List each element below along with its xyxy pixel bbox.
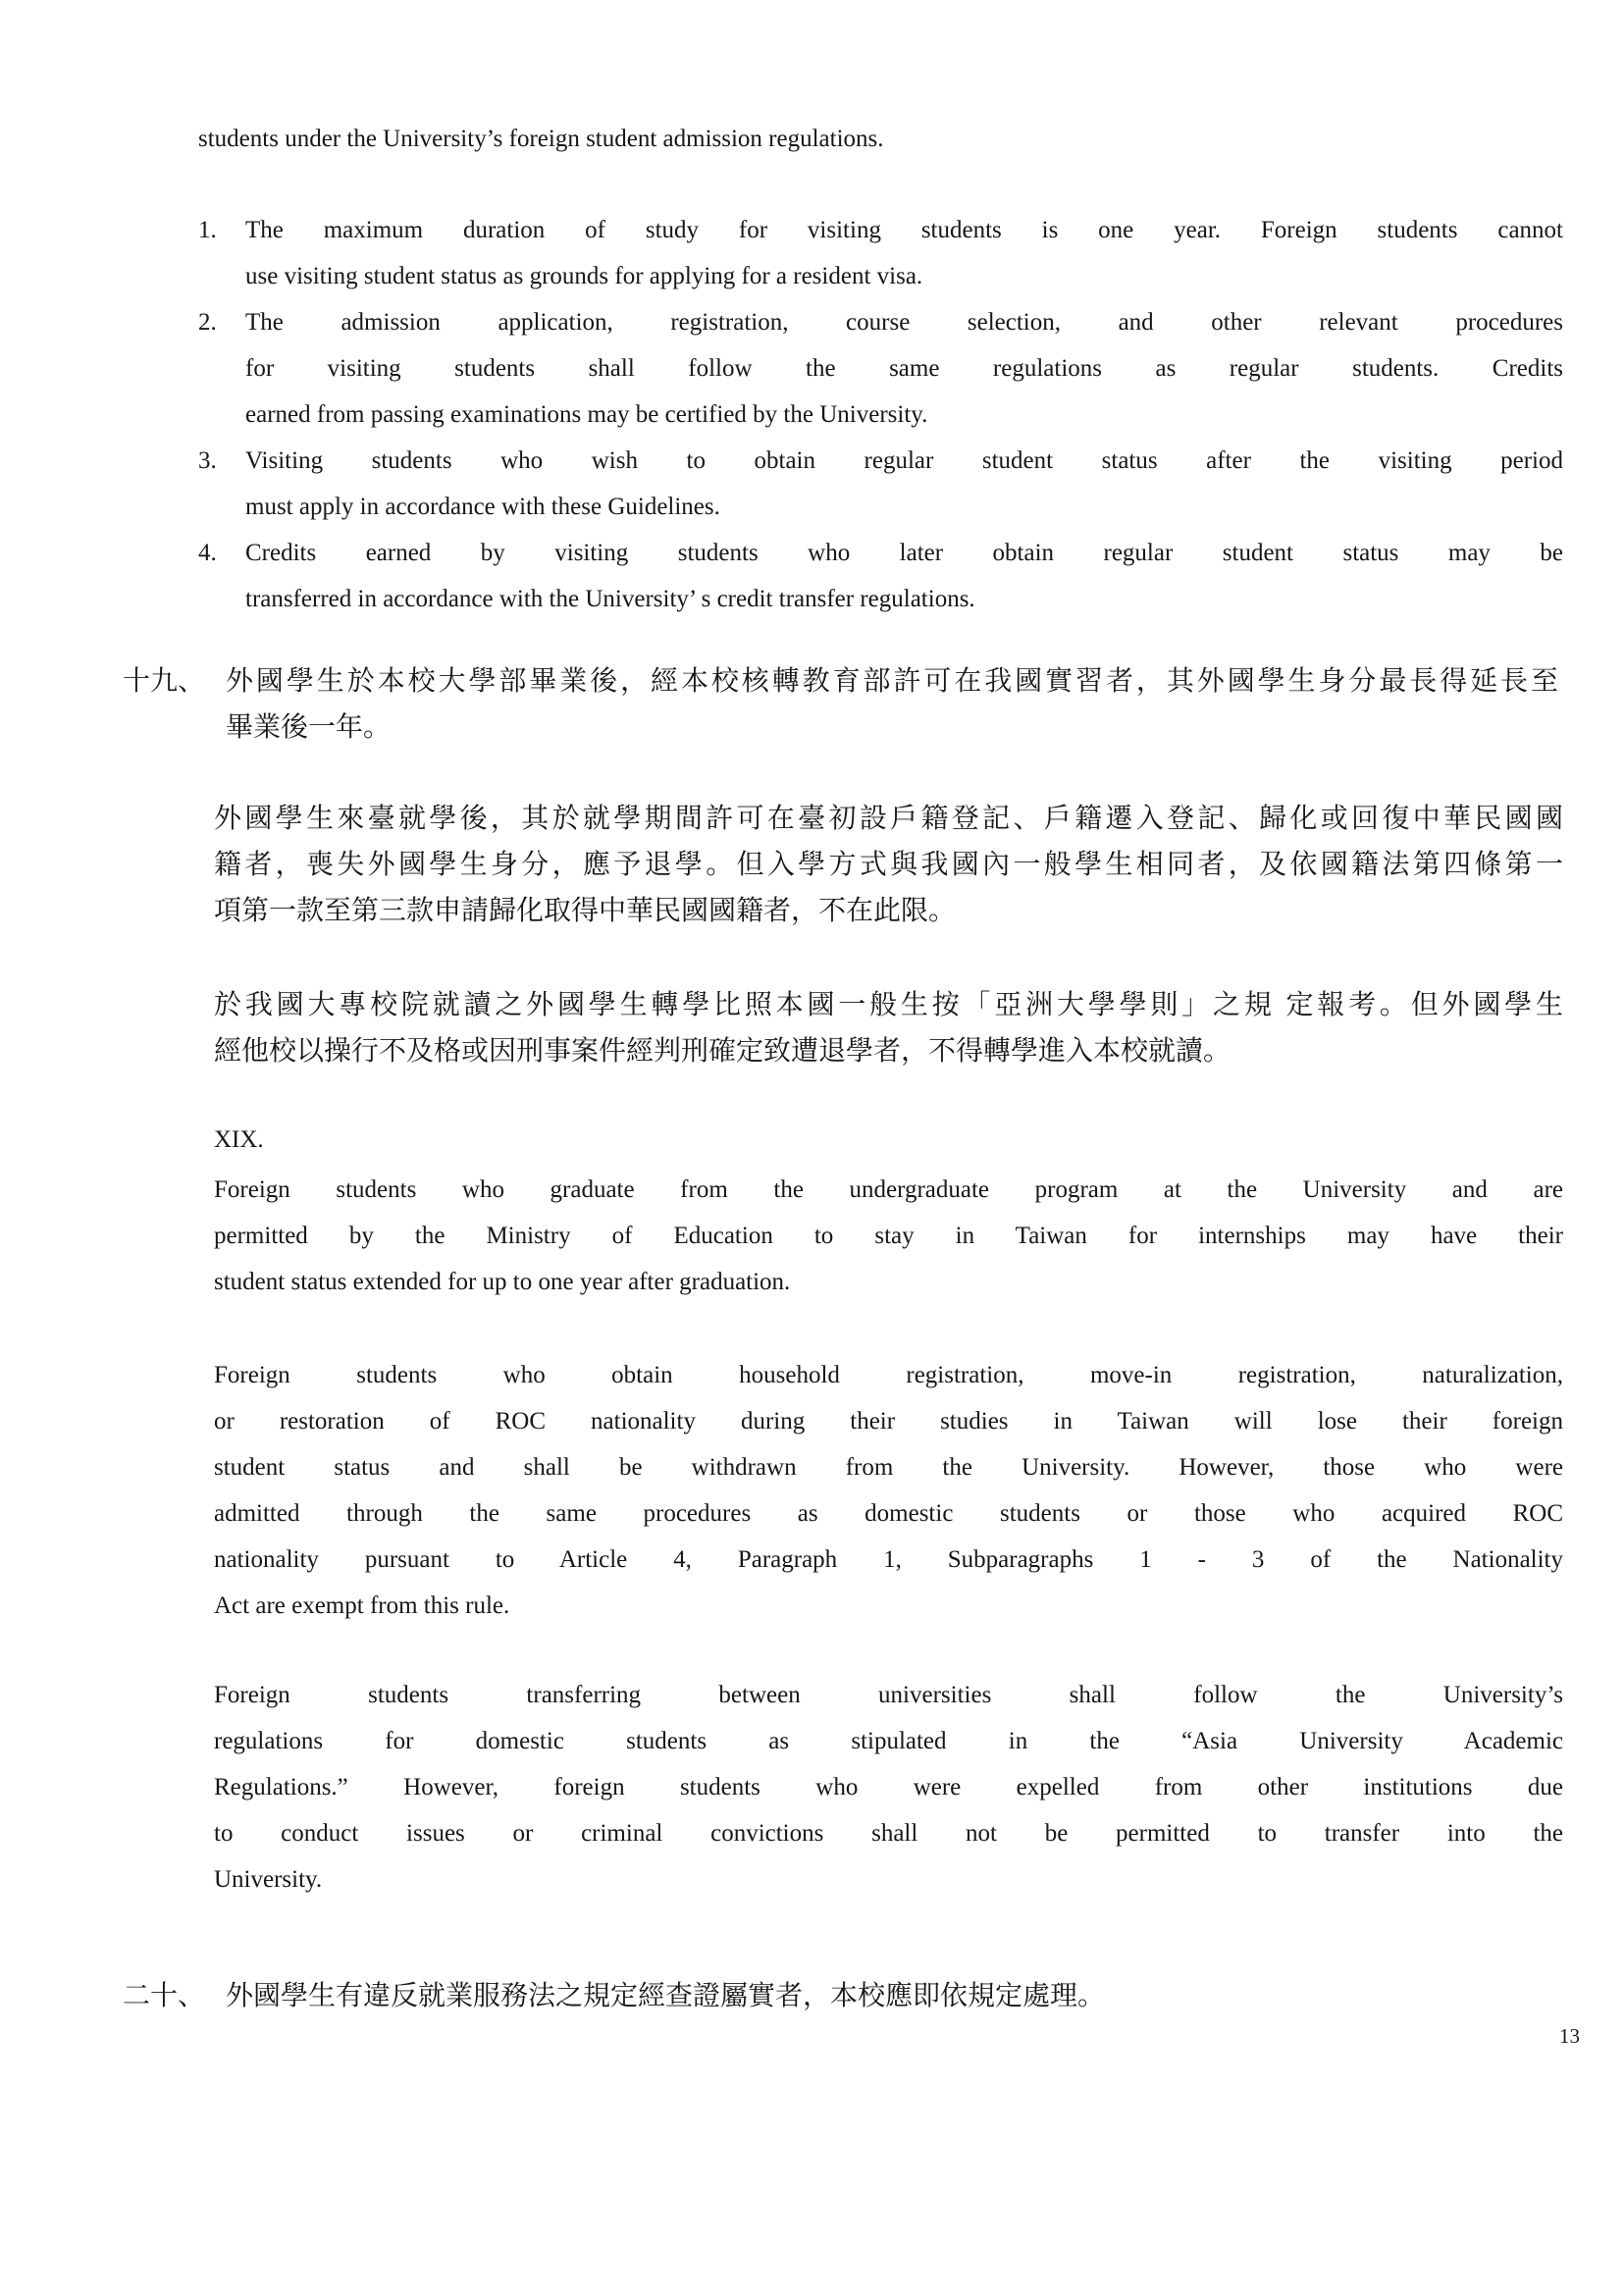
intro-paragraph: students under the University’s foreign … <box>198 116 1563 162</box>
list-item-text: The admission application, registration,… <box>245 299 1563 438</box>
section-20-text: 外國學生有違反就業服務法之規定經查證屬實者，本校應即依規定處理。 <box>226 1973 1558 2019</box>
list-item: 1. The maximum duration of study for vis… <box>198 207 1563 299</box>
list-item: 3. Visiting students who wish to obtain … <box>198 438 1563 530</box>
section-19-english: XIX. Foreign students who graduate from … <box>214 1117 1563 1305</box>
list-item-text: Credits earned by visiting students who … <box>245 530 1563 622</box>
list-item-number: 1. <box>198 207 245 299</box>
section-20: 二十、 外國學生有違反就業服務法之規定經查證屬實者，本校應即依規定處理。 <box>123 1973 1624 2019</box>
section-19-text: 外國學生於本校大學部畢業後，經本校核轉教育部許可在我國實習者，其外國學生身分最長… <box>226 658 1558 751</box>
en-paragraph-transfer: Foreign students transferring between un… <box>214 1672 1563 1903</box>
list-item-number: 2. <box>198 299 245 438</box>
list-item-text: Visiting students who wish to obtain reg… <box>245 438 1563 530</box>
section-19-label: 十九、 <box>123 658 226 751</box>
section-20-label: 二十、 <box>123 1973 226 2019</box>
en-paragraph-nationality: Foreign students who obtain household re… <box>214 1352 1563 1629</box>
cn-paragraph-transfer: 於我國大專校院就讀之外國學生轉學比照本國一般生按「亞洲大學學則」之規 定報考。但… <box>214 982 1563 1074</box>
list-item-number: 4. <box>198 530 245 622</box>
list-item: 2. The admission application, registrati… <box>198 299 1563 438</box>
section-19: 十九、 外國學生於本校大學部畢業後，經本校核轉教育部許可在我國實習者，其外國學生… <box>123 658 1624 751</box>
list-item-text: The maximum duration of study for visiti… <box>245 207 1563 299</box>
en-paragraph-internship: Foreign students who graduate from the u… <box>214 1167 1563 1305</box>
cn-paragraph-household-registration: 外國學生來臺就學後，其於就學期間許可在臺初設戶籍登記、戶籍遷入登記、歸化或回復中… <box>214 796 1563 934</box>
section-19-en-heading: XIX. <box>214 1117 1563 1163</box>
page-number: 13 <box>0 2021 1624 2051</box>
list-item-number: 3. <box>198 438 245 530</box>
document-page: students under the University’s foreign … <box>0 0 1624 2295</box>
visiting-student-rules-list: 1. The maximum duration of study for vis… <box>198 207 1563 622</box>
list-item: 4. Credits earned by visiting students w… <box>198 530 1563 622</box>
